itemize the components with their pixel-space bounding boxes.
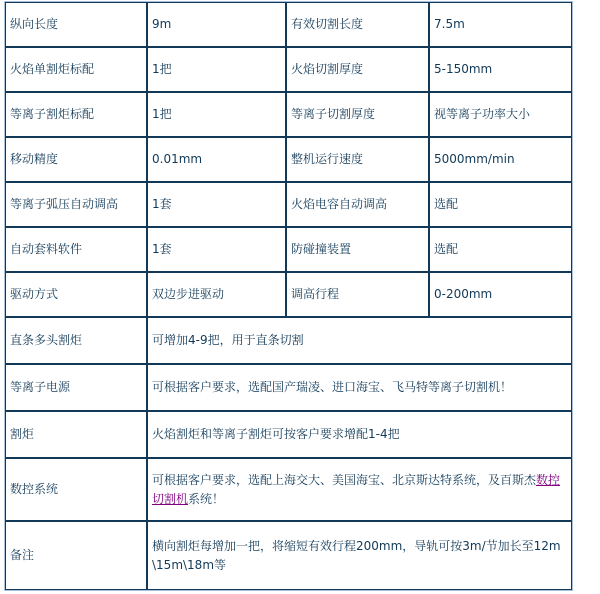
table-row: 等离子电源 可根据客户要求，选配国产瑞凌、进口海宝、飞马特等离子切割机！ (5, 364, 572, 411)
table-row: 等离子弧压自动调高 1套 火焰电容自动调高 选配 (5, 182, 572, 227)
spec-table: 纵向长度 9m 有效切割长度 7.5m 火焰单割炬标配 1把 火焰切割厚度 5-… (5, 2, 572, 590)
spec-value-cell: 双边步进驱动 (147, 272, 286, 317)
spec-label-cell: 直条多头割炬 (5, 317, 147, 364)
spec-label-cell: 等离子弧压自动调高 (5, 182, 147, 227)
table-row: 驱动方式 双边步进驱动 调高行程 0-200mm (5, 272, 572, 317)
spec-value-cell: 1把 (147, 47, 286, 92)
spec-value-cell: 可增加4-9把，用于直条切割 (147, 317, 572, 364)
spec-value-cell: 7.5m (429, 2, 572, 47)
spec-value-cell: 火焰割炬和等离子割炬可按客户要求增配1-4把 (147, 411, 572, 458)
table-row: 直条多头割炬 可增加4-9把，用于直条切割 (5, 317, 572, 364)
spec-value-cell: 1套 (147, 182, 286, 227)
spec-value-cell: 选配 (429, 227, 572, 272)
spec-value-cell: 1把 (147, 92, 286, 137)
spec-table-container: 纵向长度 9m 有效切割长度 7.5m 火焰单割炬标配 1把 火焰切割厚度 5-… (4, 1, 573, 591)
spec-value-cell: 0-200mm (429, 272, 572, 317)
spec-value-cell: 1套 (147, 227, 286, 272)
spec-label-cell: 驱动方式 (5, 272, 147, 317)
table-row: 火焰单割炬标配 1把 火焰切割厚度 5-150mm (5, 47, 572, 92)
spec-value-cell: 可根据客户要求，选配国产瑞凌、进口海宝、飞马特等离子切割机！ (147, 364, 572, 411)
table-row: 等离子割炬标配 1把 等离子切割厚度 视等离子功率大小 (5, 92, 572, 137)
cnc-system-text-pre: 可根据客户要求，选配上海交大、美国海宝、北京斯达特系统，及百斯杰 (152, 473, 536, 487)
spec-label-cell: 等离子割炬标配 (5, 92, 147, 137)
table-row: 数控系统 可根据客户要求，选配上海交大、美国海宝、北京斯达特系统，及百斯杰数控切… (5, 458, 572, 521)
spec-value-cell: 5000mm/min (429, 137, 572, 182)
spec-label-cell: 备注 (5, 521, 147, 590)
spec-label-cell: 数控系统 (5, 458, 147, 521)
spec-label-cell: 防碰撞装置 (286, 227, 429, 272)
spec-label-cell: 调高行程 (286, 272, 429, 317)
table-row: 割炬 火焰割炬和等离子割炬可按客户要求增配1-4把 (5, 411, 572, 458)
spec-label-cell: 火焰切割厚度 (286, 47, 429, 92)
spec-label-cell: 火焰电容自动调高 (286, 182, 429, 227)
spec-value-cell: 9m (147, 2, 286, 47)
spec-value-cell: 5-150mm (429, 47, 572, 92)
spec-label-cell: 火焰单割炬标配 (5, 47, 147, 92)
spec-label-cell: 等离子切割厚度 (286, 92, 429, 137)
spec-label-cell: 等离子电源 (5, 364, 147, 411)
spec-value-cell: 0.01mm (147, 137, 286, 182)
spec-value-cell: 可根据客户要求，选配上海交大、美国海宝、北京斯达特系统，及百斯杰数控切割机系统！ (147, 458, 572, 521)
spec-label-cell: 移动精度 (5, 137, 147, 182)
table-row: 纵向长度 9m 有效切割长度 7.5m (5, 2, 572, 47)
cnc-system-text-post: 系统！ (188, 492, 224, 506)
spec-label-cell: 纵向长度 (5, 2, 147, 47)
spec-label-cell: 自动套料软件 (5, 227, 147, 272)
spec-value-cell: 视等离子功率大小 (429, 92, 572, 137)
table-row: 移动精度 0.01mm 整机运行速度 5000mm/min (5, 137, 572, 182)
spec-value-cell: 选配 (429, 182, 572, 227)
table-row: 自动套料软件 1套 防碰撞装置 选配 (5, 227, 572, 272)
spec-label-cell: 整机运行速度 (286, 137, 429, 182)
spec-label-cell: 有效切割长度 (286, 2, 429, 47)
table-row: 备注 横向割炬每增加一把，将缩短有效行程200mm，导轨可按3m/节加长至12m… (5, 521, 572, 590)
spec-label-cell: 割炬 (5, 411, 147, 458)
spec-value-cell: 横向割炬每增加一把，将缩短有效行程200mm，导轨可按3m/节加长至12m\15… (147, 521, 572, 590)
